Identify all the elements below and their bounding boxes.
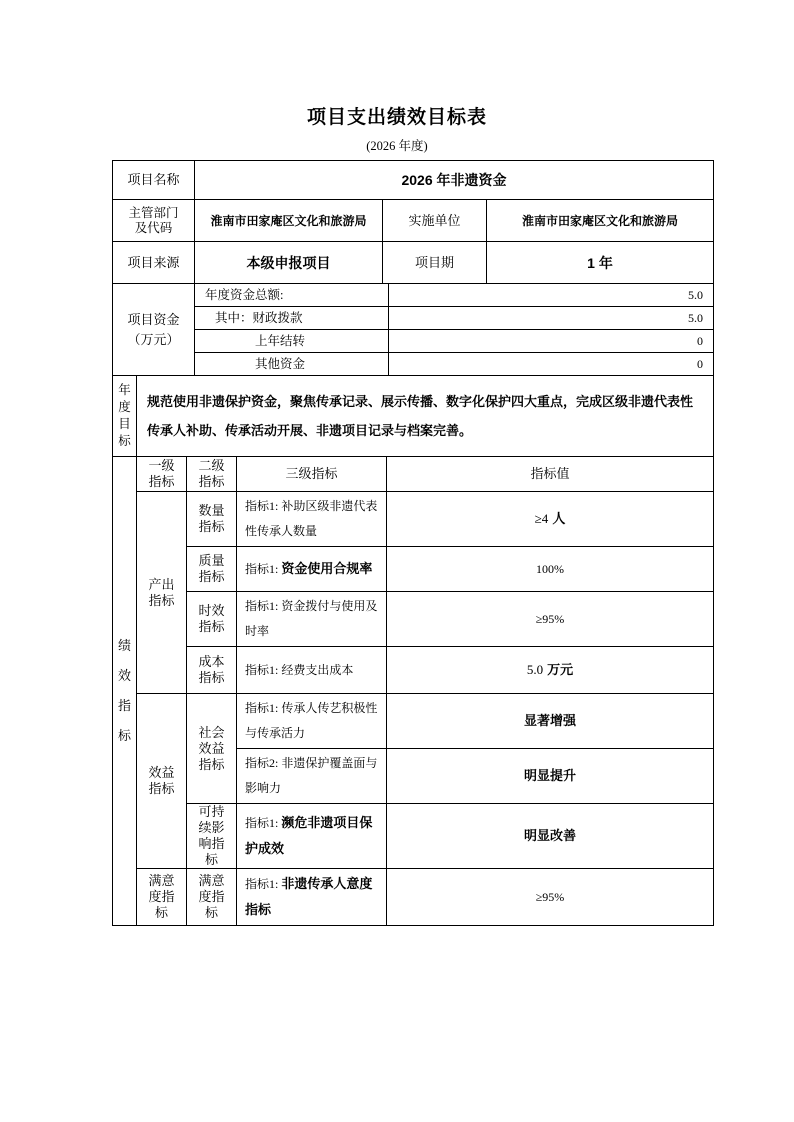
project-name-value: 2026 年非遗资金 [195,161,714,200]
dept-label-line2: 及代码 [113,221,194,236]
funding-row-value: 0 [389,330,714,353]
indicator-text: 指标1:濒危非遗项目保护成效 [237,804,387,869]
funding-row-name: 年度资金总额: [195,284,389,307]
header-level1: 一级指标 [137,457,187,492]
project-source-value: 本级申报项目 [195,242,383,284]
funding-label-line2: （万元） [113,330,194,350]
indicator-value: 5.0万元 [387,647,714,694]
project-period-value: 1 年 [487,242,714,284]
indicator-name: 经费支出成本 [281,663,353,677]
indicator-text: 指标1:经费支出成本 [237,647,387,694]
indicator-value-number: ≥4 [535,511,549,526]
indicator-value: 100% [387,547,714,592]
header-value: 指标值 [387,457,714,492]
level1-benefit: 效益指标 [137,694,187,869]
annual-goal-table: 年度目标 规范使用非遗保护资金，聚焦传承记录、展示传播、数字化保护四大重点，完成… [112,375,714,457]
dept-value: 淮南市田家庵区文化和旅游局 [195,200,383,242]
page-subtitle: (2026 年度) [0,136,794,154]
indicator-prefix: 指标1: [245,562,278,576]
indicator-value-unit: 万元 [547,662,573,677]
dept-label-line1: 主管部门 [113,206,194,221]
indicator-value: 明显提升 [387,749,714,804]
level1-output: 产出指标 [137,492,187,694]
indicator-value-number: 5.0 [527,662,543,677]
info-table: 项目名称 2026 年非遗资金 主管部门 及代码 淮南市田家庵区文化和旅游局 实… [112,160,714,284]
annual-goal-label: 年度目标 [113,376,137,457]
header-level3: 三级指标 [237,457,387,492]
level2-cell: 数量指标 [187,492,237,547]
indicator-text: 指标1:补助区级非遗代表性传承人数量 [237,492,387,547]
indicator-prefix: 指标1: [245,599,278,613]
funding-row-name: 其他资金 [195,353,389,376]
level2-cell: 成本指标 [187,647,237,694]
indicator-prefix: 指标2: [245,756,278,770]
dept-label: 主管部门 及代码 [113,200,195,242]
indicator-value: ≥4人 [387,492,714,547]
indicator-text: 指标1:资金拨付与使用及时率 [237,592,387,647]
funding-table: 项目资金 （万元） 年度资金总额: 5.0 其中：财政拨款 5.0 上年结转 0… [112,283,714,376]
indicator-value: ≥95% [387,869,714,926]
funding-row-value: 0 [389,353,714,376]
project-name-label: 项目名称 [113,161,195,200]
level2-cell: 时效指标 [187,592,237,647]
funding-row-name: 上年结转 [195,330,389,353]
funding-row-value: 5.0 [389,307,714,330]
impl-unit-value: 淮南市田家庵区文化和旅游局 [487,200,714,242]
level1-satisfaction: 满意度指标 [137,869,187,926]
indicators-outer-label: 绩效指标 [113,457,137,926]
indicator-value-unit: 人 [552,511,565,526]
document-page: 项目支出绩效目标表 (2026 年度) 项目名称 2026 年非遗资金 主管部门… [0,0,794,1122]
annual-goal-text: 规范使用非遗保护资金，聚焦传承记录、展示传播、数字化保护四大重点，完成区级非遗代… [137,376,714,457]
indicator-value: 明显改善 [387,804,714,869]
indicator-text: 指标1:传承人传艺积极性与传承活力 [237,694,387,749]
indicator-text: 指标2:非遗保护覆盖面与影响力 [237,749,387,804]
indicator-value: 显著增强 [387,694,714,749]
indicator-name: 资金使用合规率 [281,561,372,576]
header-level2: 二级指标 [187,457,237,492]
level2-cell: 满意度指标 [187,869,237,926]
project-source-label: 项目来源 [113,242,195,284]
indicator-prefix: 指标1: [245,663,278,677]
indicator-value: ≥95% [387,592,714,647]
indicator-text: 指标1:非遗传承人意度指标 [237,869,387,926]
impl-unit-label: 实施单位 [383,200,487,242]
indicator-prefix: 指标1: [245,701,278,715]
indicator-prefix: 指标1: [245,499,278,513]
level2-cell: 质量指标 [187,547,237,592]
funding-row-name: 其中：财政拨款 [195,307,389,330]
indicator-prefix: 指标1: [245,877,278,891]
form-tables: 项目名称 2026 年非遗资金 主管部门 及代码 淮南市田家庵区文化和旅游局 实… [112,160,713,926]
indicator-prefix: 指标1: [245,816,278,830]
indicators-table: 绩效指标 一级指标 二级指标 三级指标 指标值 产出指标 数量指标 指标1:补助… [112,456,714,926]
funding-row-value: 5.0 [389,284,714,307]
funding-label-line1: 项目资金 [113,310,194,330]
page-title: 项目支出绩效目标表 [0,102,794,129]
indicator-text: 指标1:资金使用合规率 [237,547,387,592]
funding-label: 项目资金 （万元） [113,284,195,376]
project-period-label: 项目期 [383,242,487,284]
level2-cell: 可持续影响指标 [187,804,237,869]
level2-cell: 社会效益指标 [187,694,237,804]
